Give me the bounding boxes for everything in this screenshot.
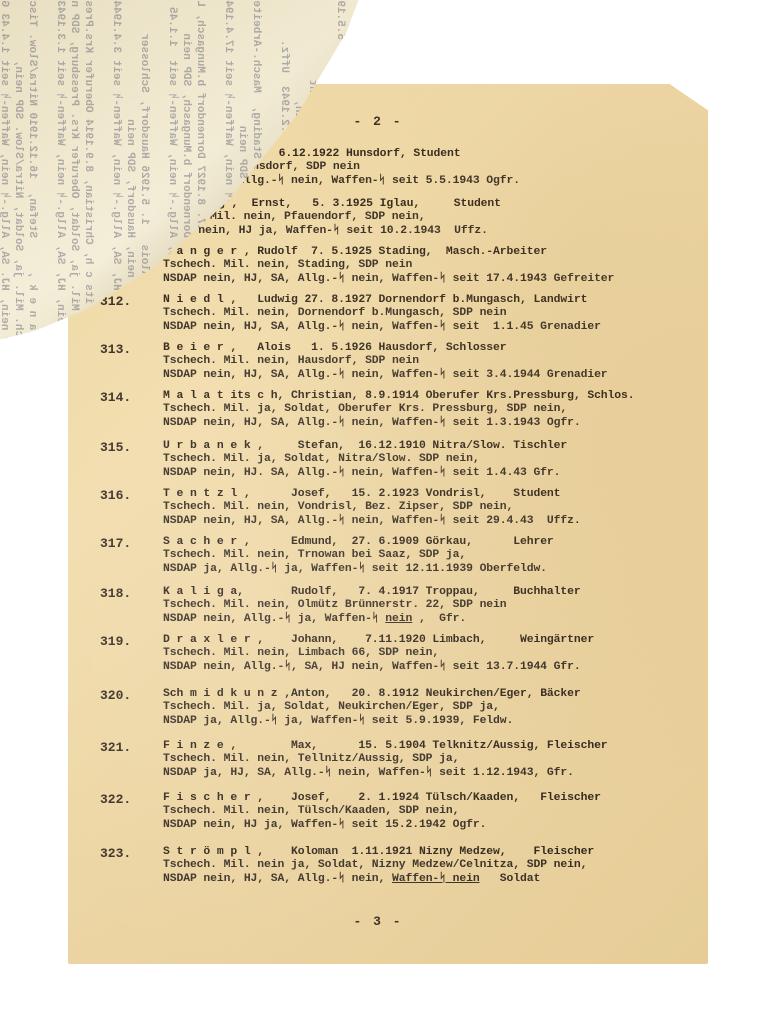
entry-line: Tschech. Mil. nein, Stading, SDP nein [163,259,723,272]
entry-text: F i n z e , Max, 15. 5.1904 Telknitz/Aus… [163,740,723,780]
underlined-text: nein [385,613,412,625]
entry-line: NSDAP nein, HJ, SA, Allg.-ᛋ nein, Waffen… [163,321,723,334]
entry-line: NSDAP nein, HJ. SA, Allg.-ᛋ nein, Waffen… [163,467,723,480]
entry-line: Tschech. Mil. nein, Olmütz Brünnerstr. 2… [163,599,723,612]
entry-number: 321. [100,740,131,755]
entry-line: Tschech. Mil. nein, Tülsch/Kaaden, SDP n… [163,805,723,818]
entry-line: Tschech. Mil. nein, Hausdorf, SDP nein [163,355,723,368]
entry-line: M a l a t its c h, Christian, 8.9.1914 O… [163,390,723,403]
entry-line: Tschech. Mil. nein, Trnowan bei Saaz, SD… [163,549,723,562]
entry-line: NSDAP nein, Allg.-ᛋ, SA, HJ nein, Waffen… [163,661,723,674]
entry-number: 323. [100,846,131,861]
entry-line: U r b a n e k , Stefan, 16.12.1910 Nitra… [163,440,723,453]
entry-line: S t r ö m p l , Koloman 1.11.1921 Nizny … [163,846,723,859]
entry-line: Tschech. Mil. ja, Soldat, Oberufer Krs. … [163,403,723,416]
entry-text: M a l a t its c h, Christian, 8.9.1914 O… [163,390,723,430]
entry-line: D r a x l e r , Johann, 7.11.1920 Limbac… [163,634,723,647]
entry-line: T e n t z l , Josef, 15. 2.1923 Vondrisl… [163,488,723,501]
entry-text: F i s c h e r , Josef, 2. 1.1924 Tülsch/… [163,792,723,832]
entry-line: NSDAP nein, HJ, SA, Allg.-ᛋ nein, Waffen… [163,273,723,286]
entry-line: K a l i g a, Rudolf, 7. 4.1917 Troppau, … [163,586,723,599]
entry-line: N i e d l , Ludwig 27. 8.1927 Dornendorf… [163,294,723,307]
entry-line: AP nein, HJ ja, Waffen-ᛋ seit 10.2.1943 … [163,225,723,238]
entry-text: N i e d l , Ludwig 27. 8.1927 Dornendorf… [163,294,723,334]
entry-line: Tschech. Mil. nein, Dornendorf b.Mungasc… [163,307,723,320]
entry-line: ch. Mil. nein, Pfauendorf, SDP nein, [163,211,723,224]
entry-line: B e i e r , Alois 1. 5.1926 Hausdorf, Sc… [163,342,723,355]
entry-line: L a n g e r , Rudolf 7. 5.1925 Stading, … [163,246,723,259]
entry-text: T e n t z l , Josef, 15. 2.1923 Vondrisl… [163,488,723,528]
entry-line: g , Ernst, 5. 3.1925 Iglau, Student [163,198,723,211]
entry-text: U r b a n e k , Stefan, 16.12.1910 Nitra… [163,440,723,480]
entry-line: NSDAP ja, Allg.-ᛋ ja, Waffen-ᛋ seit 5.9.… [163,715,723,728]
entry-text: g , Ernst, 5. 3.1925 Iglau, Studentch. M… [163,198,723,238]
entry-number: 320. [100,688,131,703]
entry-line: NSDAP nein, HJ, SA, Allg.-ᛋ nein, Waffen… [163,417,723,430]
entry-number: 319. [100,634,131,649]
entry-line: Tschech. Mil. nein, Vondrisl, Bez. Zipse… [163,501,723,514]
entry-number: 314. [100,390,131,405]
entry-number: 316. [100,488,131,503]
entry-text: D r a x l e r , Johann, 7.11.1920 Limbac… [163,634,723,674]
entry-line: F i s c h e r , Josef, 2. 1.1924 Tülsch/… [163,792,723,805]
entry-text: S a c h e r , Edmund, 27. 6.1909 Görkau,… [163,536,723,576]
entry-text: Sch m i d k u n z ,Anton, 20. 8.1912 Neu… [163,688,723,728]
entry-number: 318. [100,586,131,601]
entry-text: B e i e r , Alois 1. 5.1926 Hausdorf, Sc… [163,342,723,382]
entry-line: NSDAP nein, HJ, SA, Allg.-ᛋ nein, Waffen… [163,369,723,382]
entry-line: Tschech. Mil. ja, Soldat, Nitra/Slow. SD… [163,453,723,466]
entry-number: 322. [100,792,131,807]
underlined-text: Waffen-ᛋ nein [392,873,480,885]
entry-text: S t r ö m p l , Koloman 1.11.1921 Nizny … [163,846,723,886]
entry-number: 317. [100,536,131,551]
entry-line: Tschech. Mil. nein, Limbach 66, SDP nein… [163,647,723,660]
entry-text: L a n g e r , Rudolf 7. 5.1925 Stading, … [163,246,723,286]
entry-number: 315. [100,440,131,455]
entry-text: K a l i g a, Rudolf, 7. 4.1917 Troppau, … [163,586,723,626]
entry-line: Tschech. Mil. nein ja, Soldat, Nizny Med… [163,859,723,872]
entry-line: NSDAP nein, HJ ja, Waffen-ᛋ seit 15.2.19… [163,819,723,832]
entry-number: 313. [100,342,131,357]
entry-line: NSDAP nein, HJ, SA, Allg.-ᛋ nein, Waffen… [163,873,723,886]
entry-line: Tschech. Mil. nein, Tellnitz/Aussig, SDP… [163,753,723,766]
entry-line: Sch m i d k u n z ,Anton, 20. 8.1912 Neu… [163,688,723,701]
entry-line: F i n z e , Max, 15. 5.1904 Telknitz/Aus… [163,740,723,753]
entry-line: S a c h e r , Edmund, 27. 6.1909 Görkau,… [163,536,723,549]
entry-line: NSDAP ja, Allg.-ᛋ ja, Waffen-ᛋ seit 12.1… [163,563,723,576]
entry-line: NSDAP nein, Allg.-ᛋ ja, Waffen-ᛋ nein , … [163,613,723,626]
entry-line: Tschech. Mil. ja, Soldat, Neukirchen/Ege… [163,701,723,714]
page-footer-number: - 3 - [58,914,698,929]
entry-line: NSDAP nein, HJ, SA, Allg.-ᛋ nein, Waffen… [163,515,723,528]
entry-line: NSDAP ja, HJ, SA, Allg.-ᛋ nein, Waffen-ᛋ… [163,767,723,780]
